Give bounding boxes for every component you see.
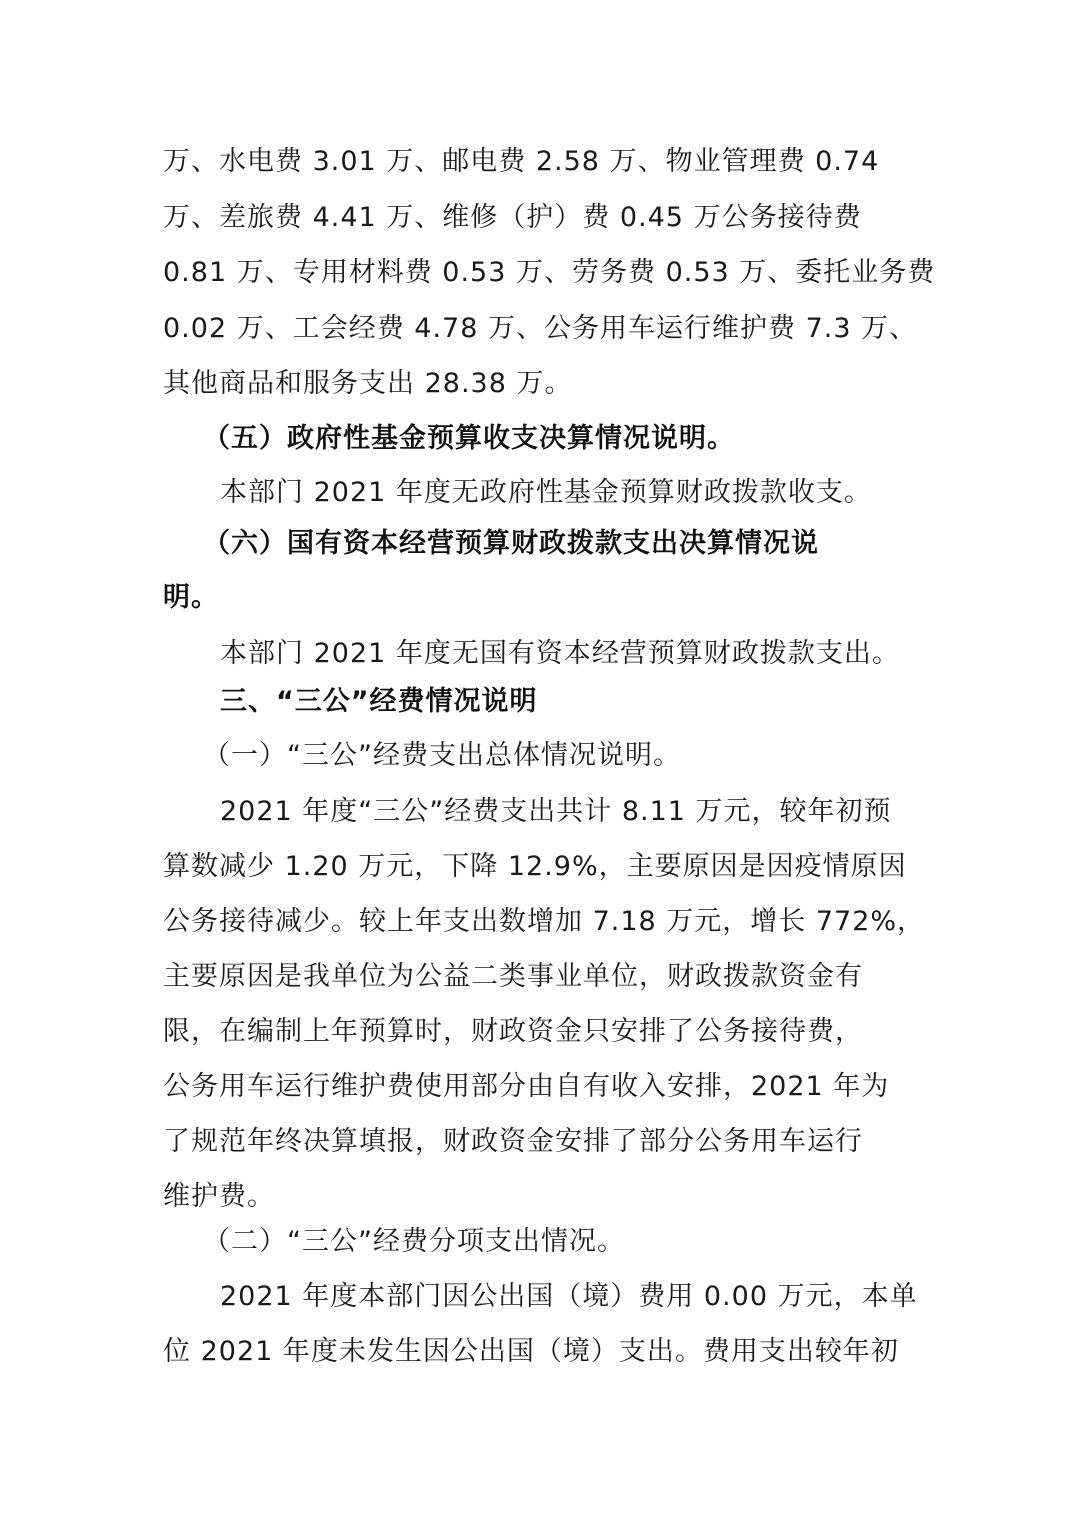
body-text-line: 主要原因是我单位为公益二类事业单位，财政拨款资金有 [163,963,863,990]
subsection-heading-2: （二）“三公”经费分项支出情况。 [203,1228,625,1255]
body-text-line: 2021 年度本部门因公出国（境）费用 0.00 万元，本单 [220,1283,918,1310]
body-text-line: 万、差旅费 4.41 万、维修（护）费 0.45 万公务接待费 [163,204,862,231]
body-text-line: 了规范年终决算填报，财政资金安排了部分公务用车运行 [163,1128,863,1155]
body-text-line: 公务接待减少。较上年支出数增加 7.18 万元，增长 772%， [163,908,925,935]
body-text-line: 万、水电费 3.01 万、邮电费 2.58 万、物业管理费 0.74 [163,148,879,175]
section-heading-5: （五）政府性基金预算收支决算情况说明。 [203,425,735,452]
body-text-line: 限，在编制上年预算时，财政资金只安排了公务接待费， [163,1018,863,1045]
body-text-line: 本部门 2021 年度无政府性基金预算财政拨款收支。 [220,479,872,506]
body-text-line: 其他商品和服务支出 28.38 万。 [163,370,572,397]
subsection-heading-1: （一）“三公”经费支出总体情况说明。 [203,742,681,769]
body-text-line: 维护费。 [163,1183,275,1210]
chapter-heading-3: 三、“三公”经费情况说明 [220,688,538,715]
body-text-line: 2021 年度“三公”经费支出共计 8.11 万元，较年初预 [220,798,892,825]
section-heading-6-cont: 明。 [163,584,219,611]
body-text-line: 位 2021 年度未发生因公出国（境）支出。费用支出较年初 [163,1338,899,1365]
body-text-line: 0.02 万、工会经费 4.78 万、公务用车运行维护费 7.3 万、 [163,315,917,342]
body-text-line: 算数减少 1.20 万元，下降 12.9%，主要原因是因疫情原因 [163,853,907,880]
body-text-line: 本部门 2021 年度无国有资本经营预算财政拨款支出。 [220,640,900,667]
body-text-line: 0.81 万、专用材料费 0.53 万、劳务费 0.53 万、委托业务费 [163,259,935,286]
document-page: 万、水电费 3.01 万、邮电费 2.58 万、物业管理费 0.74 万、差旅费… [0,0,1075,1521]
body-text-line: 公务用车运行维护费使用部分由自有收入安排，2021 年为 [163,1073,889,1100]
section-heading-6: （六）国有资本经营预算财政拨款支出决算情况说 [203,530,819,557]
